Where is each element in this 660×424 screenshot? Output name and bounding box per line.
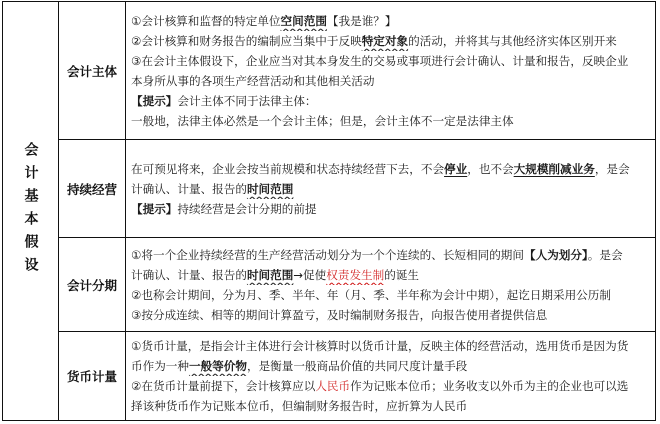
row-content: ①货币计量，是指会计主体进行会计核算时以货币计量，反映主体的经营活动，选用货币是… <box>126 332 655 420</box>
content-line: ②在货币计量前提下，会计核算应以人民币作为记账本位币；业务收支以外币为主的企业也… <box>131 376 647 396</box>
content-line: 一般地，法律主体必然是一个会计主体；但是，会计主体不一定是法律主体 <box>131 111 647 131</box>
emphasis-text: 特定对象 <box>362 34 408 48</box>
content-line: ①货币计量，是指会计主体进行会计核算时以货币计量，反映主体的经营活动，选用货币是… <box>131 336 647 356</box>
content-line: 择该种货币作为记账本位币，但编制财务报告时，应折算为人民币 <box>131 396 647 416</box>
emphasis-text: 【提示】 <box>131 94 177 108</box>
content-line: ②会计核算和财务报告的编制应当集中于反映特定对象的活动，并将其与其他经济实体区别… <box>131 31 647 51</box>
emphasis-text: 权责发生制 <box>326 268 384 282</box>
row-content: ①会计核算和监督的特定单位空间范围【我是谁？】②会计核算和财务报告的编制应当集中… <box>126 2 655 139</box>
content-line: 计确认、计量、报告的时间范围 <box>131 179 647 199</box>
content-line: ③在会计主体假设下，企业应当对其本身发生的交易或事项进行会计确认、计量和报告，反… <box>131 51 647 71</box>
emphasis-text: 【人为划分】 <box>524 248 588 262</box>
row-label: 会计主体 <box>59 2 126 139</box>
row-content: ①将一个企业持续经营的生产经营活动划分为一个个连续的、长短相同的期间【人为划分】… <box>126 238 655 331</box>
accounting-assumptions-table: 会计基本假设 会计主体 ①会计核算和监督的特定单位空间范围【我是谁？】②会计核算… <box>2 1 656 421</box>
main-category-cell: 会计基本假设 <box>3 2 59 420</box>
table-row-monetary-measurement: 货币计量 ①货币计量，是指会计主体进行会计核算时以货币计量，反映主体的经营活动，… <box>59 332 655 420</box>
table-row-going-concern: 持续经营 在可预见将来，企业会按当前规模和状态持续经营下去，不会停业，也不会大规… <box>59 140 655 238</box>
content-line: 计确认、计量、报告的时间范围→促使权责发生制的诞生 <box>131 265 647 285</box>
content-line: 币作为一种一般等价物，是衡量一般商品价值的共同尺度计量手段 <box>131 356 647 376</box>
content-line: 【提示】会计主体不同于法律主体： <box>131 91 647 111</box>
table-row-accounting-period: 会计分期 ①将一个企业持续经营的生产经营活动划分为一个个连续的、长短相同的期间【… <box>59 238 655 332</box>
rows-container: 会计主体 ①会计核算和监督的特定单位空间范围【我是谁？】②会计核算和财务报告的编… <box>59 2 655 420</box>
content-line: ②也称会计期间，分为月、季、半年、年（月、季、半年称为会计中期），起讫日期采用公… <box>131 285 647 305</box>
emphasis-text: 时间范围 <box>247 268 293 282</box>
main-category-label: 会计基本假设 <box>21 142 41 280</box>
content-line: 【提示】持续经营是会计分期的前提 <box>131 199 647 219</box>
row-label: 会计分期 <box>59 238 126 331</box>
emphasis-text: 【提示】 <box>131 202 177 216</box>
table-row-accounting-entity: 会计主体 ①会计核算和监督的特定单位空间范围【我是谁？】②会计核算和财务报告的编… <box>59 2 655 140</box>
emphasis-text: 停业 <box>444 162 467 176</box>
content-line: 在可预见将来，企业会按当前规模和状态持续经营下去，不会停业，也不会大规模削减业务… <box>131 159 647 179</box>
emphasis-text: 大规模削减业务 <box>514 162 595 176</box>
row-content: 在可预见将来，企业会按当前规模和状态持续经营下去，不会停业，也不会大规模削减业务… <box>126 140 655 237</box>
content-line: 本身所从事的各项生产经营活动和其他相关活动 <box>131 71 647 91</box>
emphasis-text: 空间范围 <box>281 14 327 28</box>
emphasis-text: 一般等价物 <box>189 359 247 373</box>
content-line: ①会计核算和监督的特定单位空间范围【我是谁？】 <box>131 11 647 31</box>
content-line: ①将一个企业持续经营的生产经营活动划分为一个个连续的、长短相同的期间【人为划分】… <box>131 245 647 265</box>
content-line: ③按分成连续、相等的期间计算盈亏，及时编制财务报告，向报告使用者提供信息 <box>131 305 647 325</box>
emphasis-text: 时间范围 <box>247 182 293 196</box>
emphasis-text: 人民币 <box>315 379 350 393</box>
row-label: 货币计量 <box>59 332 126 420</box>
row-label: 持续经营 <box>59 140 126 237</box>
